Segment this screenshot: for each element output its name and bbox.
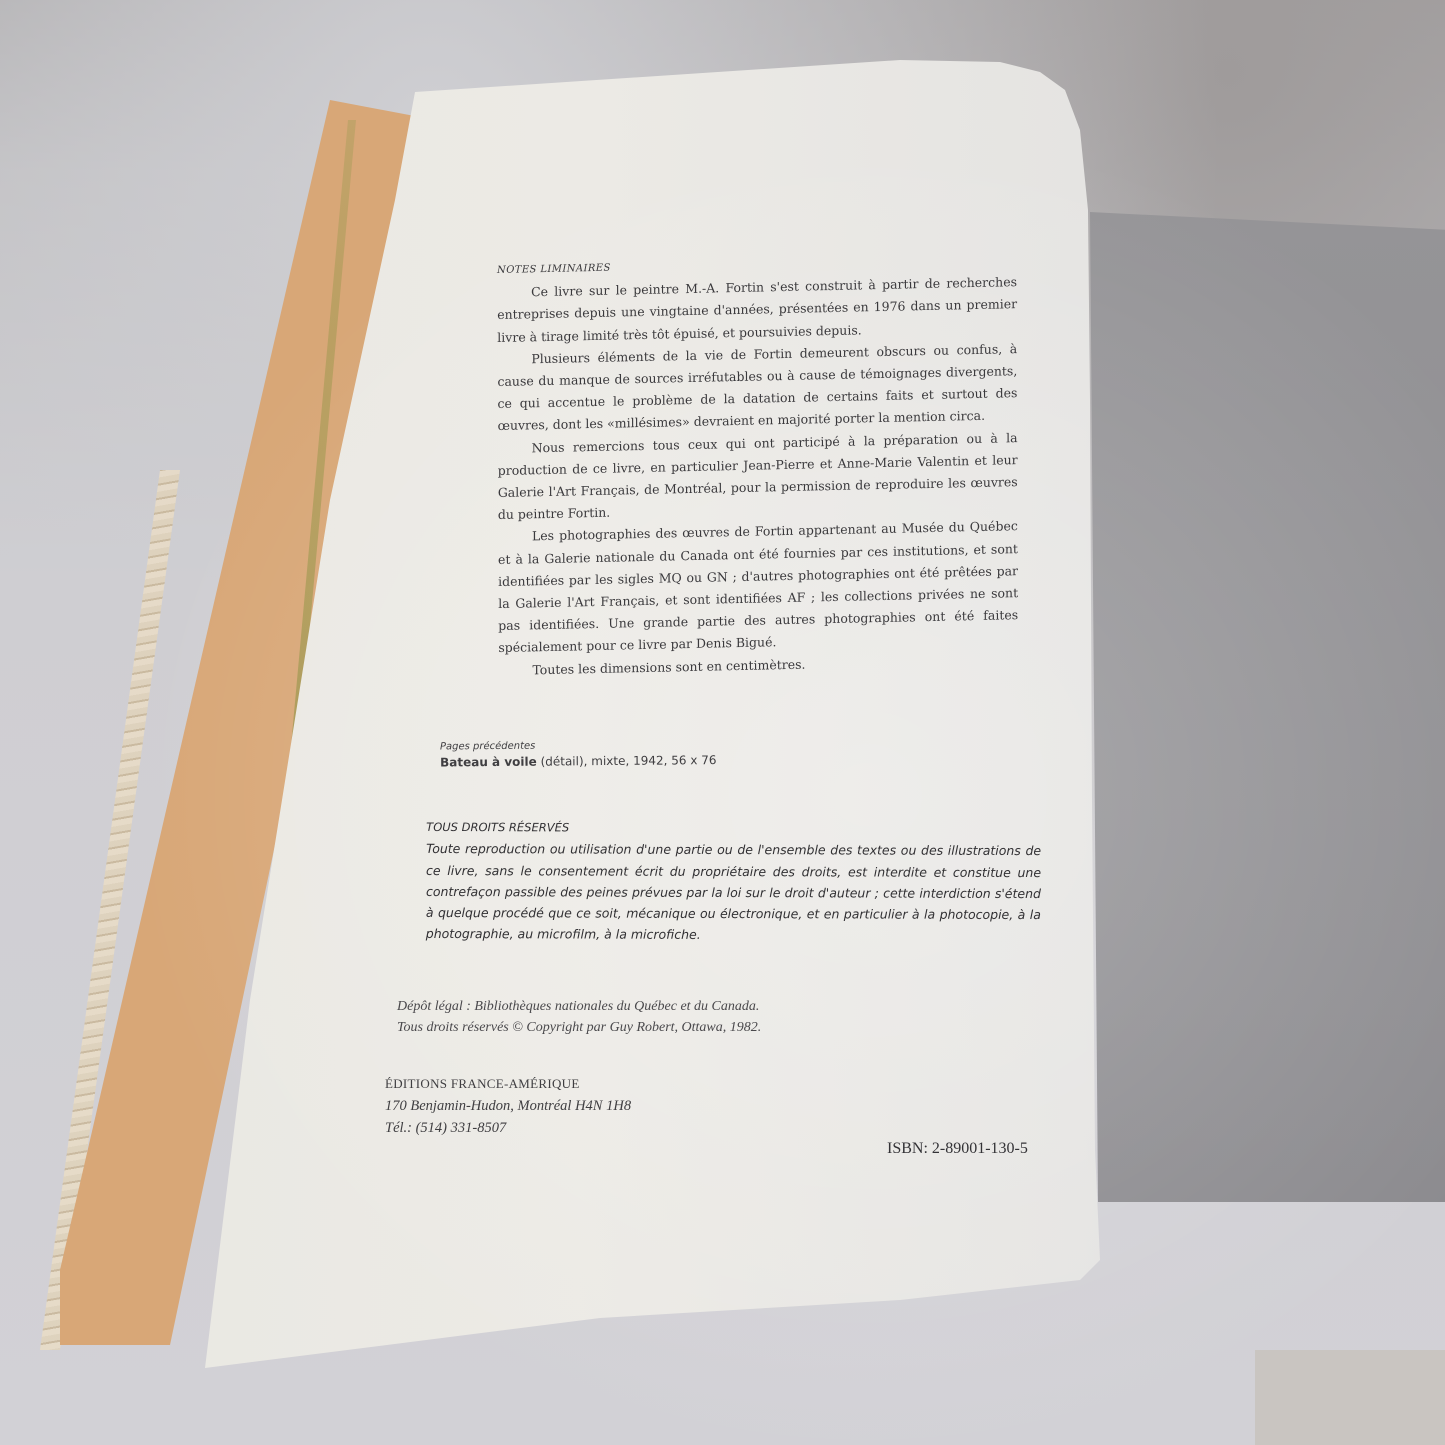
notes-section: NOTES LIMINAIRES Ce livre sur le peintre…: [497, 249, 1018, 682]
rights-body: Toute reproduction ou utilisation d'une …: [426, 838, 1041, 947]
legal-deposit: Dépôt légal : Bibliothèques nationales d…: [397, 996, 917, 1017]
image-caption: Pages précédentes Bateau à voile (détail…: [440, 739, 780, 770]
table-corner: [1255, 1350, 1445, 1445]
caption-title-line: Bateau à voile (détail), mixte, 1942, 56…: [440, 753, 780, 770]
publisher-address: 170 Benjamin-Hudon, Montréal H4N 1H8: [385, 1095, 785, 1117]
notes-paragraph-3: Nous remercions tous ceux qui ont partic…: [498, 427, 1018, 527]
notes-paragraph-2: Plusieurs éléments de la vie de Fortin d…: [497, 338, 1017, 438]
caption-artwork-details: (détail), mixte, 1942, 56 x 76: [537, 753, 717, 769]
grey-board-background: [1090, 212, 1445, 1202]
caption-artwork-title: Bateau à voile: [440, 755, 537, 770]
rights-heading: TOUS DROITS RÉSERVÉS: [426, 817, 1041, 840]
notes-paragraph-1: Ce livre sur le peintre M.-A. Fortin s'e…: [497, 271, 1017, 349]
notes-paragraph-4: Les photographies des œuvres de Fortin a…: [498, 516, 1018, 660]
rights-section: TOUS DROITS RÉSERVÉS Toute reproduction …: [426, 817, 1041, 947]
publisher-block: ÉDITIONS FRANCE-AMÉRIQUE 170 Benjamin-Hu…: [385, 1073, 785, 1139]
isbn: ISBN: 2-89001-130-5: [887, 1140, 1028, 1158]
caption-label: Pages précédentes: [440, 739, 780, 753]
publisher-name: ÉDITIONS FRANCE-AMÉRIQUE: [385, 1073, 785, 1095]
legal-section: Dépôt légal : Bibliothèques nationales d…: [397, 996, 917, 1038]
publisher-phone: Tél.: (514) 331-8507: [385, 1117, 785, 1139]
copyright-line: Tous droits réservés © Copyright par Guy…: [397, 1017, 917, 1038]
